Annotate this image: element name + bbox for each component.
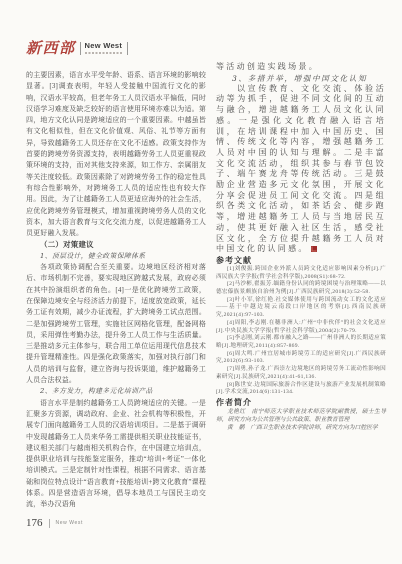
right-text-column: 等活动创造实践场景。 3、多措并举，增强中国文化认知 以宣传教育、文化交流、体验… — [216, 62, 386, 433]
page-footer: 176 New West — [26, 517, 83, 529]
reference-item: [3]叶小军,徐红艳.社交媒体使用与跨国流动女工的文化适应——基于中越边境云南段… — [216, 297, 386, 320]
author-bio-item: 龙艳红 南宁师范大学职业技术师范学院副教授，硕士生导师，研究方向为公共管理与公共… — [216, 408, 386, 424]
subsection-3-body: 以宣传教育、文化交流、体验活动等为抓手，促进不同文化间的互动与融合，增进越籍务工… — [216, 84, 386, 255]
journal-page: 新西部 New West 的主要因素，语言水平受年龄、语系、语言环境的影响较显著… — [0, 0, 402, 564]
reference-item: [8]陈世安.边境国际旅游合作区建设与旅游产业发展机制策略[J].学术交流,20… — [216, 382, 386, 397]
subsection-1-body: 各项政策协调配合至关重要。边境地区经济相对落后、市场机制不完善，要实现地区跨越式… — [26, 262, 206, 386]
journal-logo-english: New West — [85, 42, 123, 50]
reference-item: [1]刘俊振.跨国企业外派人员跨文化适应影响因素分析[J].广西民族大学学报(哲… — [216, 266, 386, 281]
reference-item: [7]周勇,孙子龙.广西崇左边境地区的跨境劳务工流动性影响因素研究[J].民族研… — [216, 366, 386, 381]
subsection-1-heading: 1、顶层设计，健全政策保障体系 — [26, 251, 206, 262]
journal-logo-chinese: 新西部 — [26, 40, 76, 56]
footer-journal-name: New West — [56, 520, 84, 526]
section-heading: （二）对策建议 — [26, 239, 206, 250]
subsection-3-body-text: 以宣传教育、文化交流、体验活动等为抓手，促进不同文化间的互动与融合，增进越籍务工… — [216, 84, 386, 254]
logo-tagline-microtext — [85, 52, 123, 55]
page-number: 176 — [26, 517, 43, 529]
reference-item: [2]马沙彬,翟振芳.缅籍身份认同的跨境困境与治理策略——以德宏傣族景颇族自治州… — [216, 281, 386, 296]
author-bio-item: 黄 鹏 广西卫生职业技术学院讲师，研究方向为口腔医学 — [216, 424, 386, 432]
subsection-2-heading: 2、多方发力，构建多元化培训产品 — [26, 386, 206, 397]
continuation-paragraph: 的主要因素，语言水平受年龄、语系、语言环境的影响较显著。[3]调查表明，年轻人受… — [26, 70, 206, 239]
author-bio-list: 龙艳红 南宁师范大学职业技术师范学院副教授，硕士生导师，研究方向为公共管理与公共… — [216, 408, 386, 433]
reference-item: [5]李志刚,刘云刚.都市融入之路——广州非洲人的长期适应策略[J].地理研究,… — [216, 335, 386, 350]
subsection-3-heading: 3、多措并举，增强中国文化认知 — [216, 73, 386, 84]
footer-divider — [49, 519, 50, 528]
references-heading: 参考文献 — [216, 255, 386, 266]
references-list: [1]刘俊振.跨国企业外派人员跨文化适应影响因素分析[J].广西民族大学学报(哲… — [216, 266, 386, 397]
paragraph-ending: 等活动创造实践场景。 — [216, 62, 386, 73]
reference-item: [4]周阳,李志刚.在穗非洲人:广州“中非伙伴”的社会文化适应[J].中央民族大… — [216, 320, 386, 335]
subsection-2-body: 语言水平是制约越籍务工人员跨境适应的关键。一是汇聚多方资源，调动政府、企业、社会… — [26, 398, 206, 511]
article-end-mark-icon — [311, 246, 317, 252]
journal-logo-english-block: New West — [85, 42, 123, 55]
logo-divider — [80, 42, 81, 55]
left-text-column: 的主要因素，语言水平受年龄、语系、语言环境的影响较显著。[3]调查表明，年轻人受… — [26, 70, 206, 511]
logo-divider — [127, 42, 128, 55]
reference-item: [6]周大鸣.广州宜居城市跨境劳工的适应研究[J].广西民族研究,2012(6)… — [216, 351, 386, 366]
journal-logo: 新西部 New West — [26, 40, 132, 56]
author-bio-heading: 作者简介 — [216, 397, 386, 408]
